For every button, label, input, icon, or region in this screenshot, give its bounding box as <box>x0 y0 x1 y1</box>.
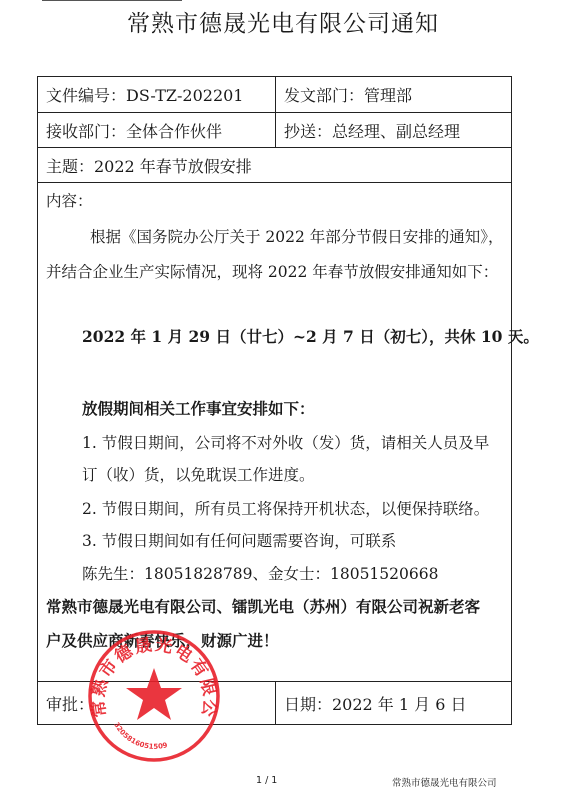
content-label: 内容： <box>46 189 93 211</box>
intro-line-1: 根据《国务院办公厅关于 2022 年部分节假日安排的通知》， <box>90 225 504 247</box>
subject: 主题：2022 年春节放假安排 <box>38 148 511 182</box>
table-row: 文件编号：DS-TZ-202201 发文部门：管理部 <box>38 77 511 113</box>
file-number: 文件编号：DS-TZ-202201 <box>38 77 275 112</box>
intro-line-2: 并结合企业生产实际情况，现将 2022 年春节放假安排通知如下： <box>46 260 498 282</box>
document-title: 常熟市德晟光电有限公司通知 <box>0 5 566 38</box>
content-section: 内容： 根据《国务院办公厅关于 2022 年部分节假日安排的通知》， 并结合企业… <box>38 183 511 681</box>
arrangements-heading: 放假期间相关工作事宜安排如下： <box>82 397 315 419</box>
table-row: 主题：2022 年春节放假安排 <box>38 148 511 183</box>
table-row: 接收部门：全体合作伙伴 抄送：总经理、副总经理 <box>38 113 511 148</box>
holiday-period: 2022 年 1 月 29 日（廿七）~2 月 7 日（初七），共休 10 天。 <box>82 325 539 347</box>
contacts: 陈先生：18051828789、金女士：18051520668 <box>82 562 438 584</box>
cc-recipients: 抄送：总经理、副总经理 <box>275 113 511 147</box>
item-3: 3. 节假日期间如有任何问题需要咨询，可联系 <box>82 529 396 551</box>
item-1-line-2: 订（收）货，以免耽误工作进度。 <box>82 463 315 485</box>
svg-text:3205816051509: 3205816051509 <box>112 721 168 751</box>
item-1-line-1: 1. 节假日期间，公司将不对外收（发）货，请相关人员及早 <box>82 431 489 453</box>
page-number: 1 / 1 <box>256 775 277 786</box>
item-2: 2. 节假日期间，所有员工将保持开机状态，以便保持联络。 <box>82 497 489 519</box>
company-seal-stamp: 常熟市德晟光电有限公司 3205816051509 <box>86 628 222 764</box>
greeting-line-1: 常熟市德晟光电有限公司、镭凯光电（苏州）有限公司祝新老客 <box>46 595 480 617</box>
issuing-department: 发文部门：管理部 <box>275 77 511 112</box>
seal-icon: 常熟市德晟光电有限公司 3205816051509 <box>86 628 222 764</box>
top-rule <box>42 0 182 1</box>
footer-company: 常熟市德晟光电有限公司 <box>392 775 497 789</box>
receiving-department: 接收部门：全体合作伙伴 <box>38 113 275 147</box>
approval-date: 日期：2022 年 1 月 6 日 <box>275 682 511 724</box>
